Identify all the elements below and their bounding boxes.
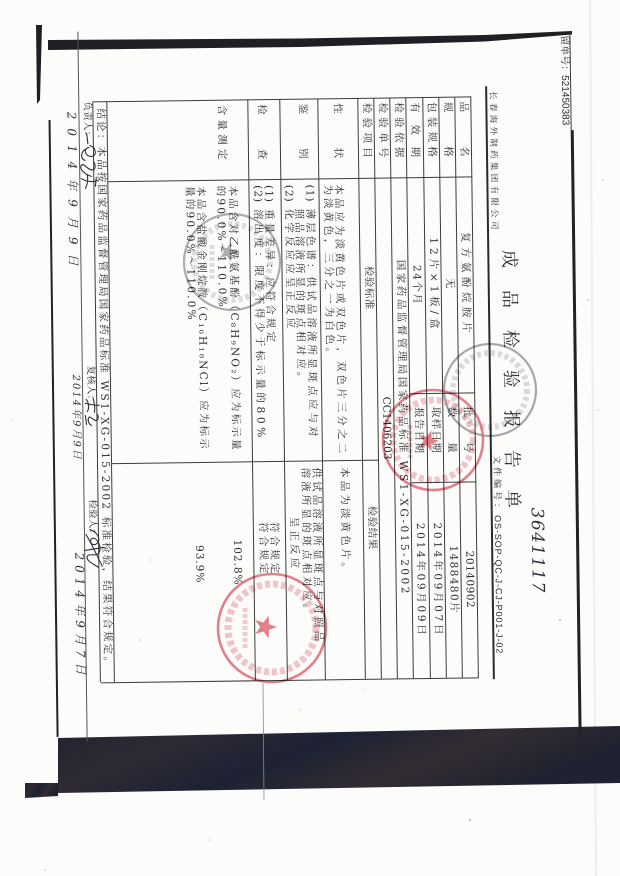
manager-label: 负责人： <box>82 101 94 140</box>
inspection-report-sheet: 留单号：521450383 3641117 成品检验报告单 长春海外制药集团有限… <box>35 0 590 807</box>
column-divider-result <box>112 460 379 464</box>
result-line: 本品为淡黄色片。 <box>338 467 351 576</box>
handwritten-reference-number: 3641117 <box>527 507 548 593</box>
company-name: 长春海外制药集团有限公司 <box>487 91 499 233</box>
standard-item-number: (2) <box>251 185 263 203</box>
reviewer-label: 复核人： <box>85 365 97 404</box>
label-test-number: 检验单号 <box>376 103 389 162</box>
header-test-item: 检验项目 <box>360 103 373 162</box>
scanned-page: 留单号：521450383 3641117 成品检验报告单 长春海外制药集团有限… <box>0 0 620 876</box>
standard-line: 量的90.0%～110.0% <box>184 186 198 322</box>
standard-item-number: (2) <box>283 185 295 203</box>
manager-date: 2014年9月9日 <box>64 112 80 275</box>
reviewer-date: 2014年9月9日 <box>69 375 82 461</box>
header-test-standard: 检验标准 <box>362 266 375 310</box>
result-line: 呈正反应 <box>288 517 301 572</box>
value-quantity: 1488480片 <box>446 482 461 678</box>
label-batch-no: 批号 <box>462 406 475 477</box>
value-batch-no: 20140902 <box>463 481 478 677</box>
result-value: 102.8% <box>231 539 244 585</box>
test-name-inspection: 检查 <box>256 104 269 193</box>
result-value: 93.9% <box>193 545 206 584</box>
frame-rule-thick <box>571 130 582 735</box>
standard-line: 本品含对乙酰氨基酚（C₈H₉NO₂）应为标示量 <box>226 185 241 451</box>
table-border-right <box>101 677 479 683</box>
test-name-identification: 鉴别 <box>296 104 309 193</box>
test-name-assay: 含量测定 <box>215 105 228 164</box>
label-packaging: 包装规格 <box>425 102 438 161</box>
table-rule <box>357 98 366 679</box>
label-quantity: 数量 <box>445 407 458 478</box>
value-shelf-life: 24个月 <box>410 177 425 393</box>
test-name-appearance: 性状 <box>331 103 344 192</box>
value-report-date: 2014年09月09日 <box>414 482 429 678</box>
slip-number-value: 521450383 <box>559 75 571 125</box>
slip-number-label: 留单号： <box>558 35 570 75</box>
label-shelf-life: 有效期 <box>409 102 422 169</box>
conclusion: 结论：本品按国家药品监督管理局国家药品标准 WS1-XG-015-2002 标准… <box>95 108 114 669</box>
page-edge-dark <box>49 120 60 737</box>
value-specification: 无 <box>442 177 457 393</box>
result-line: 符合规定 <box>257 522 270 577</box>
standard-line: 化学反应应呈正反应 <box>283 209 297 332</box>
label-report-date: 报告日期 <box>413 407 426 454</box>
standard-item-number: (1) <box>262 185 274 203</box>
header-test-result: 检验结果 <box>366 506 379 550</box>
result-line: 溶液所显的斑点相对应。 <box>299 468 313 618</box>
file-number-value: OS-SOP-QC-J-CJ-P001-J-02 <box>493 515 505 654</box>
label-sampling-date: 取样日期 <box>429 407 442 454</box>
slip-number: 留单号：521450383 <box>557 35 570 125</box>
standard-line: 的90.0%～110.0% <box>215 186 229 309</box>
standard-item-number: (1) <box>303 184 315 202</box>
label-test-basis: 检验依据 <box>393 102 406 161</box>
scan-streak <box>590 0 596 876</box>
standard-line: 为淡黄色，三分之一为白色。 <box>321 184 335 361</box>
value-sampling-date: 2014年09月07日 <box>430 482 445 678</box>
inspector-label: 检验人： <box>87 499 99 538</box>
